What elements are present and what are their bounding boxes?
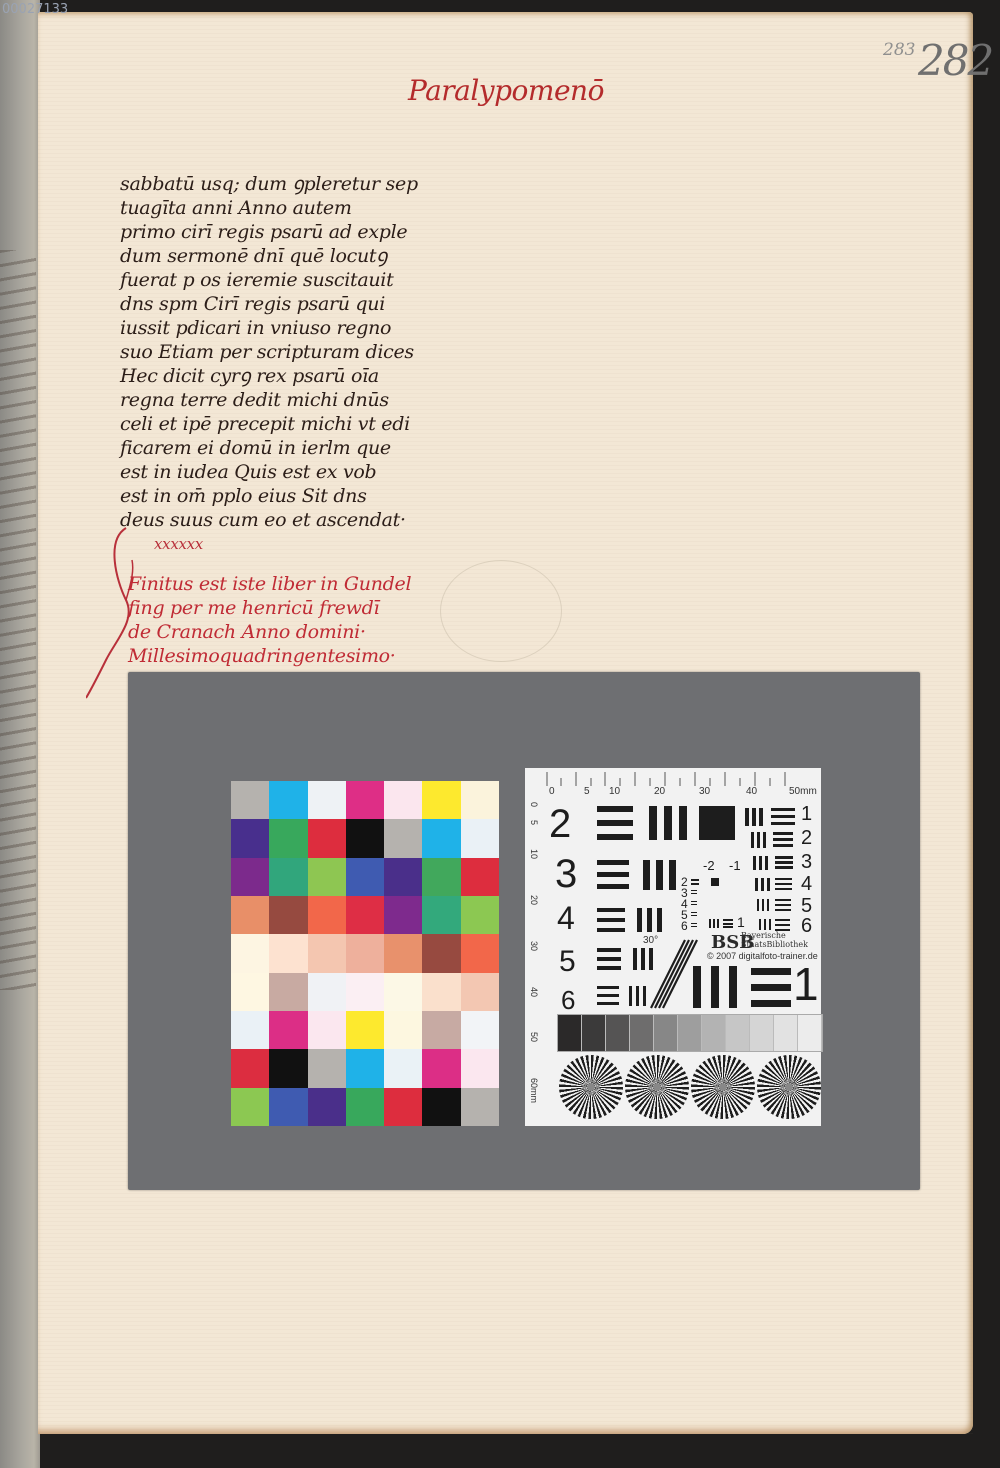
element-number: 6: [681, 920, 688, 932]
color-patch: [461, 781, 499, 819]
facing-page-edge: [0, 0, 40, 1468]
gray-step: [630, 1015, 654, 1051]
color-patch: [384, 1049, 422, 1087]
color-patch: [231, 858, 269, 896]
text-line: ficarem ei domū in ierlm que: [120, 436, 450, 460]
color-patch: [346, 1011, 384, 1049]
colophon-line: fing per me henricū frewdī: [128, 596, 458, 620]
color-patch: [461, 858, 499, 896]
text-line: celi et ipē precepit michi vt edi: [120, 412, 450, 436]
ruler-label: 40: [529, 987, 539, 997]
colophon-line: de Cranach Anno domini·: [128, 620, 458, 644]
color-patch: [461, 973, 499, 1011]
ruler-label: 5: [584, 786, 590, 797]
color-patch: [422, 819, 460, 857]
scan-id-label: 00027133: [2, 2, 68, 17]
color-patch: [269, 1011, 307, 1049]
color-patch: [346, 858, 384, 896]
ruler-label: 10: [609, 786, 620, 797]
color-patch: [346, 781, 384, 819]
color-patch: [231, 1011, 269, 1049]
color-patch: [308, 1088, 346, 1126]
color-patch: [269, 819, 307, 857]
text-line: fuerat p os ieremie suscitauit: [120, 268, 450, 292]
color-patch: [269, 858, 307, 896]
color-patch: [422, 1011, 460, 1049]
colophon-line: Millesimoquadringentesimo·: [128, 644, 458, 668]
color-patch: [384, 934, 422, 972]
text-line: dum sermonē dnī quē locutꝯ: [120, 244, 450, 268]
color-patch: [422, 1049, 460, 1087]
group-number: 4: [557, 898, 575, 938]
group-number: 2: [549, 804, 571, 844]
bsb-name-line2: StaatsBibliothek: [741, 940, 808, 949]
ruler-label: 30: [699, 786, 710, 797]
color-patch: [422, 973, 460, 1011]
color-patch: [308, 1049, 346, 1087]
color-patch: [308, 973, 346, 1011]
ruler-label: 50mm: [789, 786, 817, 797]
color-patch: [231, 934, 269, 972]
color-patch: [422, 934, 460, 972]
text-line: deus suus cum eo et ascendat·: [120, 508, 450, 532]
color-patch: [231, 1088, 269, 1126]
color-patch: [384, 781, 422, 819]
gray-step: [558, 1015, 582, 1051]
color-patch: [346, 819, 384, 857]
ruler-label: 30: [529, 941, 539, 951]
ruler-label: 60mm: [529, 1078, 539, 1103]
siemens-star-icon: [757, 1055, 821, 1119]
left-ruler: 0 5 10 20 30 40 50 60mm: [525, 798, 541, 1118]
library-stamp: [440, 560, 562, 662]
color-patch: [461, 1011, 499, 1049]
gray-step: [702, 1015, 726, 1051]
colophon-line: Finitus est iste liber in Gundel: [128, 572, 458, 596]
ruler-label: 0: [529, 802, 539, 807]
ruler-label: 50: [529, 1032, 539, 1042]
folio-number-old: 283: [883, 40, 915, 60]
gray-step: [798, 1015, 822, 1051]
group-number: -2: [703, 860, 715, 872]
element-number: 1: [793, 964, 819, 1004]
color-patch: [461, 1049, 499, 1087]
gray-step: [678, 1015, 702, 1051]
color-patch: [461, 1088, 499, 1126]
gray-step: [726, 1015, 750, 1051]
color-patch: [384, 896, 422, 934]
gray-step: [774, 1015, 798, 1051]
text-line: est in iudea Quis est ex vob: [120, 460, 450, 484]
color-patch: [384, 1011, 422, 1049]
color-patch: [269, 896, 307, 934]
color-patch: [269, 781, 307, 819]
ruler-label: 10: [529, 849, 539, 859]
bsb-name: BayerischeStaatsBibliothek: [741, 931, 808, 949]
color-patch: [461, 934, 499, 972]
gray-step: [750, 1015, 774, 1051]
color-patch: [231, 781, 269, 819]
text-line: suo Etiam per scripturam dices: [120, 340, 450, 364]
resolution-test-target: 0 5 10 20 30 40 50mm 0 5 10 20 30 40 50 …: [525, 768, 821, 1126]
element-number: 3: [801, 852, 812, 872]
text-line: iussit pdicari in vniuso regno: [120, 316, 450, 340]
color-patch: [461, 819, 499, 857]
color-patch: [346, 1088, 384, 1126]
color-patch: [269, 973, 307, 1011]
color-checker-chart: [231, 781, 499, 1126]
color-patch: [422, 1088, 460, 1126]
color-patch: [422, 896, 460, 934]
element-number: 1: [801, 804, 812, 824]
color-patch: [308, 819, 346, 857]
color-patch: [308, 858, 346, 896]
gray-step: [654, 1015, 678, 1051]
gray-step: [606, 1015, 630, 1051]
color-patch: [308, 934, 346, 972]
ruler-label: 20: [529, 895, 539, 905]
color-patch: [422, 781, 460, 819]
group-number: 5: [559, 942, 576, 982]
gray-step: [582, 1015, 606, 1051]
element-number: 4: [801, 874, 812, 894]
text-line: regna terre dedit michi dnūs: [120, 388, 450, 412]
color-patch: [384, 819, 422, 857]
color-patch: [384, 858, 422, 896]
siemens-star-icon: [559, 1055, 623, 1119]
color-patch: [269, 934, 307, 972]
color-patch: [384, 973, 422, 1011]
color-patch: [231, 973, 269, 1011]
top-ruler: 0 5 10 20 30 40 50mm: [541, 768, 821, 798]
element-number: 1: [737, 916, 745, 928]
color-patch: [461, 896, 499, 934]
text-line: sabbatū usq; dum ꝯpleretur sep: [120, 172, 450, 196]
ruler-label: 0: [549, 786, 555, 797]
color-patch: [346, 896, 384, 934]
color-patch: [346, 1049, 384, 1087]
text-line: dns spm Cirī regis psarū qui: [120, 292, 450, 316]
color-patch: [346, 973, 384, 1011]
siemens-star-icon: [625, 1055, 689, 1119]
color-patch: [269, 1088, 307, 1126]
color-patch: [308, 896, 346, 934]
ruler-label: 5: [529, 820, 539, 825]
element-number: 5: [801, 896, 812, 916]
element-number: 2: [801, 828, 812, 848]
color-patch: [231, 896, 269, 934]
gray-step-wedge: [557, 1014, 823, 1052]
color-patch: [231, 1049, 269, 1087]
color-patch: [422, 858, 460, 896]
text-line: Hec dicit cyrꝯ rex psarū oīa: [120, 364, 450, 388]
bsb-name-line1: Bayerische: [741, 931, 786, 940]
text-line: est in om̄ pplo eius Sit dns: [120, 484, 450, 508]
color-patch: [269, 1049, 307, 1087]
siemens-star-icon: [691, 1055, 755, 1119]
color-patch: [308, 1011, 346, 1049]
ruler-label: 20: [654, 786, 665, 797]
color-patch: [231, 819, 269, 857]
color-patch: [384, 1088, 422, 1126]
main-text-column: sabbatū usq; dum ꝯpleretur sep tuagīta a…: [120, 172, 450, 556]
folio-number: 282: [918, 36, 992, 85]
text-line: tuagīta anni Anno autem: [120, 196, 450, 220]
color-patch: [308, 781, 346, 819]
running-title: Paralypomenō: [408, 74, 604, 107]
explicit-mark: xxxxxx: [120, 532, 450, 556]
group-number: -1: [729, 860, 741, 872]
text-line: primo cirī regis psarū ad exple: [120, 220, 450, 244]
color-patch: [346, 934, 384, 972]
facing-page-text-bleed: [0, 250, 36, 990]
ruler-label: 40: [746, 786, 757, 797]
group-number: 3: [555, 854, 577, 894]
